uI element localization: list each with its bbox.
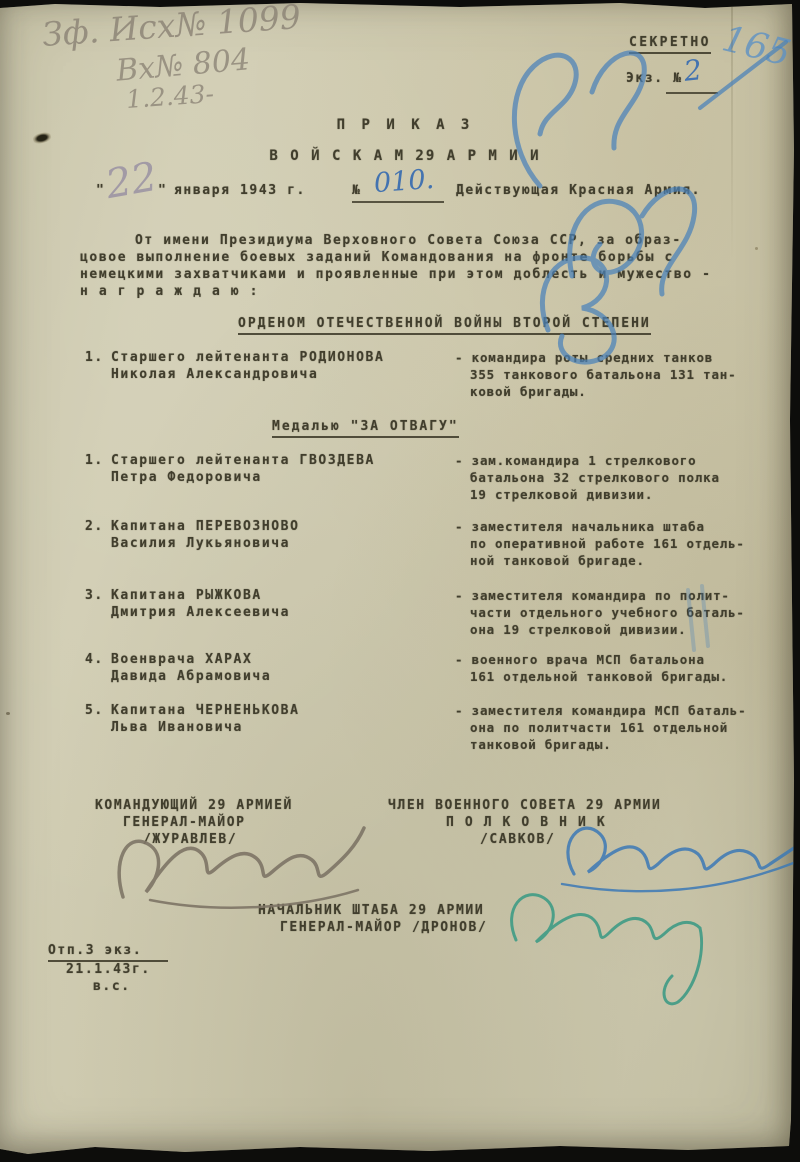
document-paper: Зф. Исх№ 1099 Вх№ 804 1.2.43- СЕКРЕТНО Э…: [0, 0, 796, 1158]
item-name: Капитана РЫЖКОВА Дмитрия Алексеевича: [111, 587, 290, 621]
signature-block-council-member: ЧЛЕН ВОЕННОГО СОВЕТА 29 АРМИИ П О Л К О …: [388, 797, 661, 848]
date-day-handwritten: 22: [102, 154, 160, 208]
item-name: Капитана ПЕРЕВОЗНОВО Василия Лукьяновича: [111, 518, 300, 552]
copy-number-underline: [666, 92, 718, 94]
item-role: - заместителя начальника штаба по операт…: [455, 518, 745, 569]
paper-hole: [32, 131, 52, 145]
item-name: Старшего лейтенанта ГВОЗДЕВА Петра Федор…: [111, 452, 375, 486]
item-name: Старшего лейтенанта РОДИОНОВА Николая Ал…: [111, 349, 384, 383]
order-number-label: №: [352, 182, 361, 199]
order-number-underline: [352, 201, 444, 203]
paper-speck: [755, 247, 758, 250]
army-label: Действующая Красная Армия.: [456, 182, 701, 199]
preamble: От имени Президиума Верховного Совета Со…: [80, 232, 712, 300]
preamble-line2: цовое выполнение боевых заданий Командов…: [80, 249, 712, 266]
classification-stamp: СЕКРЕТНО: [629, 34, 711, 51]
copy-number-value: 2: [682, 53, 703, 88]
item-name: Капитана ЧЕРНЕНЬКОВА Льва Ивановича: [111, 702, 300, 736]
order-number-value: 010.: [373, 164, 435, 199]
paper-speck: [6, 712, 10, 715]
signature-dronov: [512, 895, 702, 1004]
section-heading-order: ОРДЕНОМ ОТЕЧЕСТВЕННОЙ ВОЙНЫ ВТОРОЙ СТЕПЕ…: [238, 315, 651, 332]
registry-note-line3: 1.2.43-: [125, 79, 215, 114]
preamble-line3: немецкими захватчиками и проявленные при…: [80, 266, 712, 283]
signature-block-commander: КОМАНДУЮЩИЙ 29 АРМИЕЙ ГЕНЕРАЛ-МАЙОР /ЖУР…: [95, 797, 293, 848]
item-role: - заместителя командира МСП баталь- она …: [455, 702, 746, 753]
order-subtitle: В О Й С К А М 29 А Р М И И: [170, 148, 640, 165]
preamble-line4: н а г р а ж д а ю :: [80, 283, 712, 300]
scanned-document-photo: Зф. Исх№ 1099 Вх№ 804 1.2.43- СЕКРЕТНО Э…: [0, 0, 800, 1162]
item-role: - командира роты средних танков 355 танк…: [455, 349, 736, 400]
item-role: - зам.командира 1 стрелкового батальона …: [455, 452, 720, 503]
item-number: 1.: [85, 349, 104, 366]
signature-block-chief-of-staff: НАЧАЛЬНИК ШТАБА 29 АРМИИ ГЕНЕРАЛ-МАЙОР /…: [258, 902, 487, 936]
order-title: П Р И К А З: [170, 117, 640, 134]
date-open-quote: ": [96, 182, 105, 199]
registry-note-line1: Зф. Исх№ 1099: [41, 0, 302, 54]
preamble-line1: От имени Президиума Верховного Совета Со…: [80, 232, 712, 249]
copies-note: Отп.3 экз. 21.1.43г. в.с.: [48, 942, 168, 995]
copy-number-label: Экз. №: [626, 70, 683, 87]
paper-crease: [731, 0, 733, 260]
date-close-quote: ": [158, 182, 167, 199]
item-role: - военного врача МСП батальона 161 отдел…: [455, 651, 728, 685]
item-name: Военврача ХАРАХ Давида Абрамовича: [111, 651, 271, 685]
date-text: января 1943 г.: [174, 182, 306, 199]
item-role: - заместителя командира по полит- части …: [455, 587, 745, 638]
classification-label: СЕКРЕТНО: [629, 35, 711, 54]
corner-number-annotation: 165: [718, 18, 795, 74]
section-heading-medal: Медалью "ЗА ОТВАГУ": [272, 418, 459, 435]
